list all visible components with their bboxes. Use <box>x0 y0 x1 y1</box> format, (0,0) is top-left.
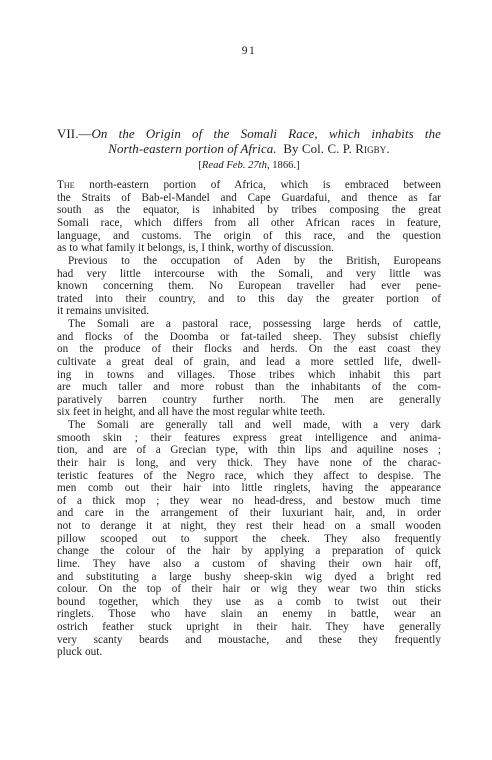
text-run: and flocks of the Doomba or fat-tailed s… <box>57 331 441 343</box>
text-run: teristic features of the Negro race, whi… <box>57 470 441 482</box>
text-run: VII.— <box>57 127 92 141</box>
text-line: known concerning them. No European trave… <box>57 280 441 293</box>
text-run: ing in towns and villages. Those tribes … <box>57 369 441 381</box>
text-line: teristic features of the Negro race, whi… <box>57 470 441 483</box>
scanned-page: 91 VII.—On the Origin of the Somali Race… <box>0 0 492 760</box>
text-run: , 1866.] <box>267 160 300 171</box>
text-run: bound together, which they use as a comb… <box>57 596 441 608</box>
text-run: as to what family it belongs, is, I thin… <box>57 242 334 254</box>
text-run: men comb out their hair into little ring… <box>57 482 441 494</box>
text-line: six feet in height, and all have the mos… <box>57 406 441 419</box>
text-line: pluck out. <box>57 646 441 659</box>
text-line: ostrich feather stuck upright in their h… <box>57 621 441 634</box>
paragraph: The north-eastern portion of Africa, whi… <box>57 179 441 255</box>
text-line: are much taller and more robust than the… <box>57 381 441 394</box>
text-line: tion, and are of a Grecian type, with th… <box>57 444 441 457</box>
text-line: The Somali are a pastoral race, possessi… <box>57 318 441 331</box>
article-body: The north-eastern portion of Africa, whi… <box>57 179 441 659</box>
text-run: cultivate a great deal of grain, and lea… <box>57 356 441 368</box>
text-line: and care in the arrangement of their lux… <box>57 507 441 520</box>
paragraph: The Somali are a pastoral race, possessi… <box>57 318 441 419</box>
page-number: 91 <box>57 45 441 57</box>
text-run: smooth skin ; their features express gre… <box>57 432 441 444</box>
text-run: colour. On the top of their hair or wig … <box>57 583 441 595</box>
text-line: not to derange it at night, they rest th… <box>57 520 441 533</box>
text-run: it remains unvisited. <box>57 305 149 317</box>
article-title: VII.—On the Origin of the Somali Race, w… <box>57 127 441 156</box>
text-run: are much taller and more robust than the… <box>57 381 441 393</box>
text-run: By Col. C. P. <box>277 142 356 156</box>
title-line-2: North-eastern portion of Africa. By Col.… <box>57 142 441 157</box>
text-run: had very little intercourse with the Som… <box>57 268 441 280</box>
text-line: language, and customs. The origin of thi… <box>57 230 441 243</box>
text-line: lime. They have also a custom of shaving… <box>57 558 441 571</box>
text-run: . <box>386 142 389 156</box>
text-line: trated into their country, and to this d… <box>57 293 441 306</box>
text-line: The north-eastern portion of Africa, whi… <box>57 179 441 192</box>
paragraph: Previous to the occupation of Aden by th… <box>57 255 441 318</box>
text-line: paratively barren country further north.… <box>57 394 441 407</box>
text-line: as to what family it belongs, is, I thin… <box>57 242 441 255</box>
text-run: On the Origin of the Somali Race, which … <box>92 127 441 141</box>
text-line: colour. On the top of their hair or wig … <box>57 583 441 596</box>
text-run: Rigby <box>355 142 386 156</box>
text-run: of a thick mop ; they wear no head-dress… <box>57 495 441 507</box>
text-run: north-eastern portion of Africa, which i… <box>75 179 441 191</box>
text-line: Previous to the occupation of Aden by th… <box>57 255 441 268</box>
text-run: language, and customs. The origin of thi… <box>57 230 441 242</box>
text-run: trated into their country, and to this d… <box>57 293 441 305</box>
text-line: Somali race, which differs from all othe… <box>57 217 441 230</box>
text-run: south as the equator, is inhabited by tr… <box>57 204 441 216</box>
text-line: and flocks of the Doomba or fat-tailed s… <box>57 331 441 344</box>
title-line-1: VII.—On the Origin of the Somali Race, w… <box>57 127 441 142</box>
text-line: smooth skin ; their features express gre… <box>57 432 441 445</box>
text-line: south as the equator, is inhabited by tr… <box>57 204 441 217</box>
text-run: The <box>57 179 75 191</box>
text-run: pillow scooped out to support the cheek.… <box>57 533 441 545</box>
text-line: of a thick mop ; they wear no head-dress… <box>57 495 441 508</box>
text-line: men comb out their hair into little ring… <box>57 482 441 495</box>
paragraph: The Somali are generally tall and well m… <box>57 419 441 659</box>
text-run: change the colour of the hair by applyin… <box>57 545 441 557</box>
text-run: North-eastern portion of Africa. <box>108 142 276 156</box>
text-run: ostrich feather stuck upright in their h… <box>57 621 441 633</box>
text-line: change the colour of the hair by applyin… <box>57 545 441 558</box>
text-run: and substituting a large bushy sheep-ski… <box>57 571 441 583</box>
text-run: ringlets. Those who have slain an enemy … <box>57 608 441 620</box>
text-line: very scanty beards and moustache, and th… <box>57 634 441 647</box>
text-line: their hair is long, and very thick. They… <box>57 457 441 470</box>
text-line: on the produce of their flocks and herds… <box>57 343 441 356</box>
text-run: very scanty beards and moustache, and th… <box>57 634 441 646</box>
text-line: ringlets. Those who have slain an enemy … <box>57 608 441 621</box>
text-line: The Somali are generally tall and well m… <box>57 419 441 432</box>
text-run: six feet in height, and all have the mos… <box>57 406 325 418</box>
text-line: it remains unvisited. <box>57 305 441 318</box>
text-run: known concerning them. No European trave… <box>57 280 441 292</box>
text-block: 91 VII.—On the Origin of the Somali Race… <box>57 0 441 659</box>
text-run: pluck out. <box>57 646 102 658</box>
text-run: the Straits of Bab-el-Mandel and Cape Gu… <box>57 192 441 204</box>
text-run: not to derange it at night, they rest th… <box>57 520 441 532</box>
text-line: bound together, which they use as a comb… <box>57 596 441 609</box>
text-run: tion, and are of a Grecian type, with th… <box>57 444 441 456</box>
text-run: on the produce of their flocks and herds… <box>57 343 441 355</box>
text-line: the Straits of Bab-el-Mandel and Cape Gu… <box>57 192 441 205</box>
text-run: and care in the arrangement of their lux… <box>57 507 441 519</box>
text-line: had very little intercourse with the Som… <box>57 268 441 281</box>
text-run: The Somali are generally tall and well m… <box>68 419 441 431</box>
read-note: [Read Feb. 27th, 1866.] <box>57 160 441 172</box>
text-run: The Somali are a pastoral race, possessi… <box>68 318 441 330</box>
text-run: Read Feb. 27th <box>202 160 267 171</box>
text-line: ing in towns and villages. Those tribes … <box>57 369 441 382</box>
text-line: and substituting a large bushy sheep-ski… <box>57 571 441 584</box>
text-line: pillow scooped out to support the cheek.… <box>57 533 441 546</box>
text-run: their hair is long, and very thick. They… <box>57 457 441 469</box>
text-run: Previous to the occupation of Aden by th… <box>68 255 441 267</box>
text-run: Somali race, which differs from all othe… <box>57 217 441 229</box>
text-line: cultivate a great deal of grain, and lea… <box>57 356 441 369</box>
text-run: paratively barren country further north.… <box>57 394 441 406</box>
text-run: lime. They have also a custom of shaving… <box>57 558 441 570</box>
